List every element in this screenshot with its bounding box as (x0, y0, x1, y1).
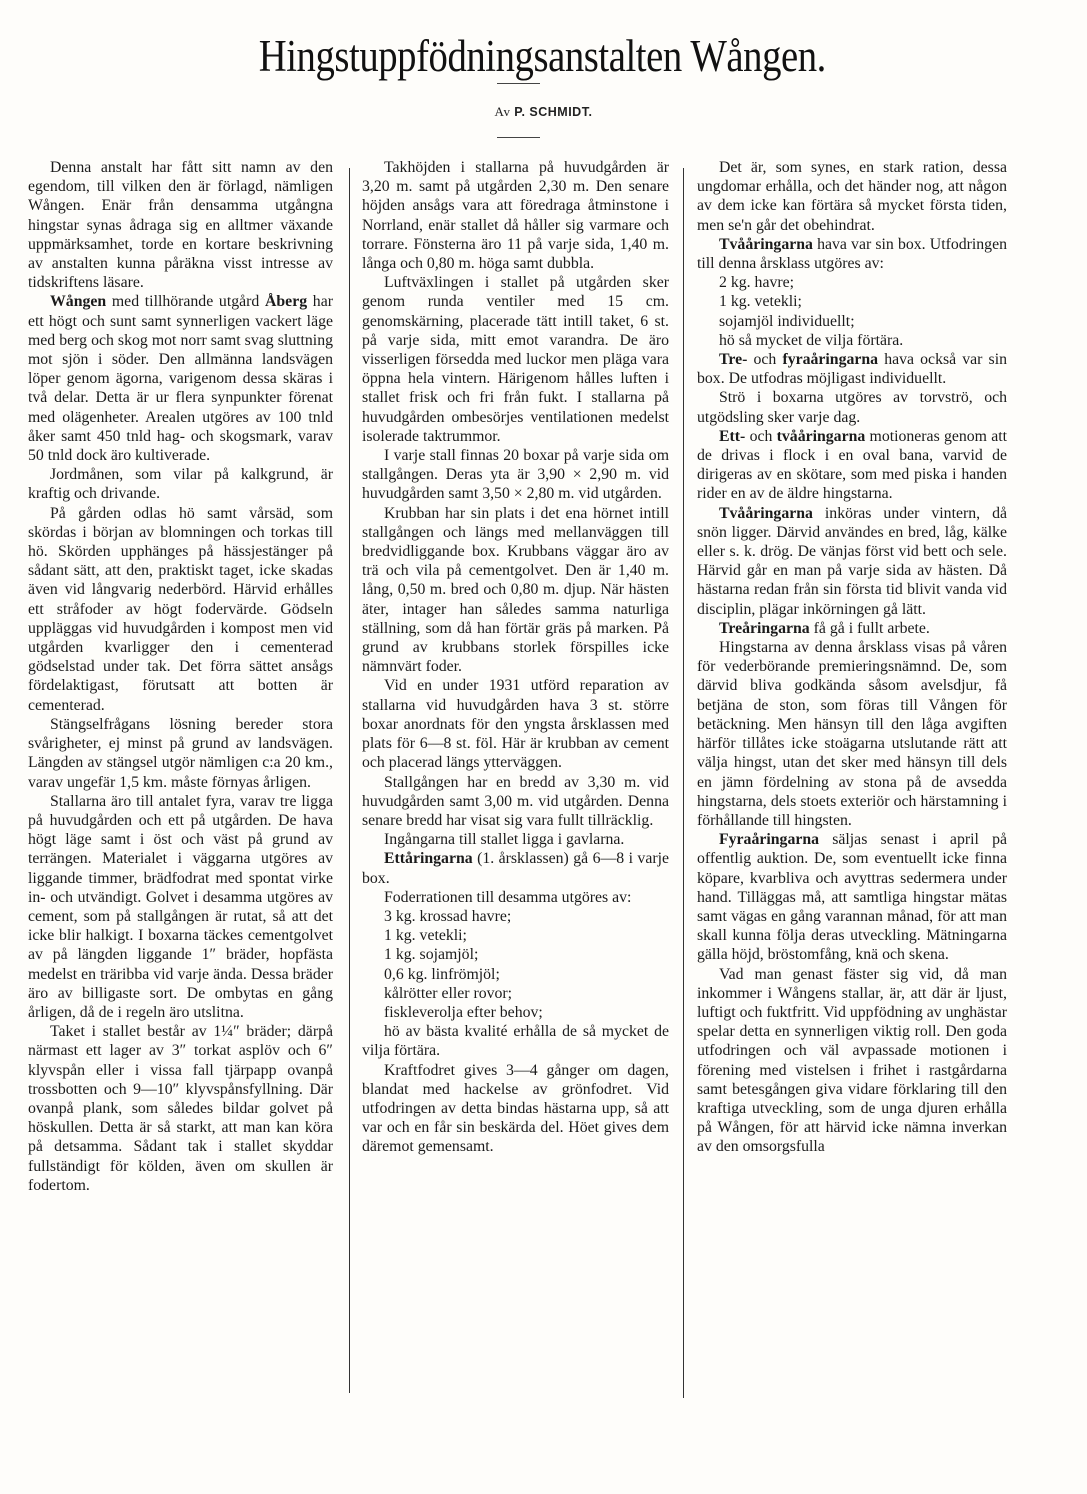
paragraph-text: Strö i boxarna utgöres av torvströ, och … (697, 389, 1007, 425)
bold-lead: Treåringarna (719, 620, 810, 637)
paragraph: Tvååringarna inköras under vintern, då s… (697, 504, 1007, 619)
list-item: 0,6 kg. linfrömjöl; (362, 965, 669, 984)
bold-lead: Tre- (719, 351, 747, 368)
paragraph: På gården odlas hö samt vårsäd, som skör… (28, 504, 333, 715)
paragraph-text: På gården odlas hö samt vårsäd, som skör… (28, 505, 333, 714)
paragraph: Strö i boxarna utgöres av torvströ, och … (697, 388, 1007, 426)
paragraph: Jordmånen, som vilar på kalkgrund, är kr… (28, 465, 333, 503)
list-item: hö så mycket de vilja förtära. (697, 331, 1007, 350)
author-name: P. SCHMIDT. (514, 105, 592, 119)
paragraph: Vid en under 1931 utförd reparation av s… (362, 676, 669, 772)
paragraph: Ettåringarna (1. årsklassen) gå 6—8 i va… (362, 849, 669, 887)
paragraph: Hingstarna av denna årsklass visas på vå… (697, 638, 1007, 830)
paragraph: Kraftfodret gives 3—4 gånger om dagen, b… (362, 1061, 669, 1157)
paragraph: Foderrationen till desamma utgöres av: (362, 888, 669, 907)
paragraph-text: Denna anstalt har fått sitt namn av den … (28, 159, 333, 291)
list-item: 3 kg. krossad havre; (362, 907, 669, 926)
paragraph-text: hö av bästa kvalité erhålla de så mycket… (362, 1023, 669, 1059)
paragraph: I varje stall finnas 20 boxar på varje s… (362, 446, 669, 504)
list-item: 1 kg. sojamjöl; (362, 945, 669, 964)
paragraph-text: Luftväxlingen i stallet på utgården sker… (362, 274, 669, 445)
paragraph: Stallarna äro till antalet fyra, varav t… (28, 792, 333, 1022)
paragraph: Stallgången har en bredd av 3,30 m. vid … (362, 773, 669, 831)
bold-lead: Ett- (719, 428, 745, 445)
paragraph: Fyraåringarna säljas senast i april på o… (697, 830, 1007, 964)
paragraph: Wången med tillhörande utgård Åberg har … (28, 292, 333, 465)
paragraph-text: har ett högt och sunt samt synnerligen v… (28, 293, 333, 464)
paragraph: Det är, som synes, en stark ration, dess… (697, 158, 1007, 235)
bold-lead: Åberg (265, 293, 307, 310)
paragraph-text: Taket i stallet består av 1¼″ bräder; dä… (28, 1023, 333, 1194)
paragraph-text: Ingångarna till stallet ligga i gavlarna… (384, 831, 624, 848)
list-item: fiskleverolja efter behov; (362, 1003, 669, 1022)
paragraph: Treåringarna få gå i fullt arbete. (697, 619, 1007, 638)
bold-lead: tvååringarna (777, 428, 866, 445)
paragraph-text: Takhöjden i stallarna på huvudgården är … (362, 159, 669, 272)
paragraph: Vad man genast fäster sig vid, då man in… (697, 965, 1007, 1157)
article-column-1: Denna anstalt har fått sitt namn av den … (28, 158, 333, 1195)
paragraph: Ingångarna till stallet ligga i gavlarna… (362, 830, 669, 849)
byline: Av P. SCHMIDT. (0, 104, 1087, 120)
paragraph-text: Vid en under 1931 utförd reparation av s… (362, 677, 669, 771)
bold-lead: Tvååringarna (719, 505, 813, 522)
byline-prefix: Av (495, 104, 511, 119)
paragraph: Krubban har sin plats i det ena hörnet i… (362, 504, 669, 677)
paragraph: Luftväxlingen i stallet på utgården sker… (362, 273, 669, 446)
paragraph-text: Vad man genast fäster sig vid, då man in… (697, 966, 1007, 1156)
paragraph: Taket i stallet består av 1¼″ bräder; dä… (28, 1022, 333, 1195)
paragraph-text: I varje stall finnas 20 boxar på varje s… (362, 447, 669, 502)
paragraph-text: säljas senast i april på offentlig aukti… (697, 831, 1007, 963)
article-column-2: Takhöjden i stallarna på huvudgården är … (362, 158, 669, 1157)
paragraph: Denna anstalt har fått sitt namn av den … (28, 158, 333, 292)
list-item: 1 kg. vetekli; (697, 292, 1007, 311)
byline-divider (497, 137, 540, 138)
paragraph-text: Det är, som synes, en stark ration, dess… (697, 159, 1007, 234)
list-item: 2 kg. havre; (697, 273, 1007, 292)
bold-lead: Ettåringarna (384, 850, 473, 867)
bold-lead: Tvååringarna (719, 236, 813, 253)
paragraph: hö av bästa kvalité erhålla de så mycket… (362, 1022, 669, 1060)
paragraph: Takhöjden i stallarna på huvudgården är … (362, 158, 669, 273)
paragraph-text: få gå i fullt arbete. (810, 620, 930, 637)
article-title: Hingstuppfödningsanstalten Wången. (75, 30, 1010, 82)
paragraph-text: Stallarna äro till antalet fyra, varav t… (28, 793, 333, 1021)
paragraph-text: Jordmånen, som vilar på kalkgrund, är kr… (28, 466, 333, 502)
paragraph: Tre- och fyraåringarna hava också var si… (697, 350, 1007, 388)
column-divider-2 (683, 168, 684, 1398)
list-item: kålrötter eller rovor; (362, 984, 669, 1003)
paragraph-text: Krubban har sin plats i det ena hörnet i… (362, 505, 669, 676)
paragraph-text: Foderrationen till desamma utgöres av: (384, 889, 631, 906)
paragraph-text: med tillhörande utgård (106, 293, 265, 310)
paragraph-text: Kraftfodret gives 3—4 gånger om dagen, b… (362, 1062, 669, 1156)
article-column-3: Det är, som synes, en stark ration, dess… (697, 158, 1007, 1157)
paragraph-text: Stängselfrågans lösning bereder stora sv… (28, 716, 333, 791)
paragraph-text: Stallgången har en bredd av 3,30 m. vid … (362, 774, 669, 829)
paragraph: Ett- och tvååringarna motioneras genom a… (697, 427, 1007, 504)
paragraph: Stängselfrågans lösning bereder stora sv… (28, 715, 333, 792)
column-divider-1 (349, 168, 350, 1393)
paragraph-text: Hingstarna av denna årsklass visas på vå… (697, 639, 1007, 829)
paragraph: Tvååringarna hava var sin box. Utfodring… (697, 235, 1007, 273)
bold-lead: fyraåringarna (782, 351, 878, 368)
list-item: 1 kg. vetekli; (362, 926, 669, 945)
title-divider (497, 83, 540, 84)
paragraph-text: och (745, 428, 776, 445)
list-item: sojamjöl individuellt; (697, 312, 1007, 331)
bold-lead: Wången (50, 293, 106, 310)
bold-lead: Fyraåringarna (719, 831, 819, 848)
paragraph-text: och (747, 351, 782, 368)
